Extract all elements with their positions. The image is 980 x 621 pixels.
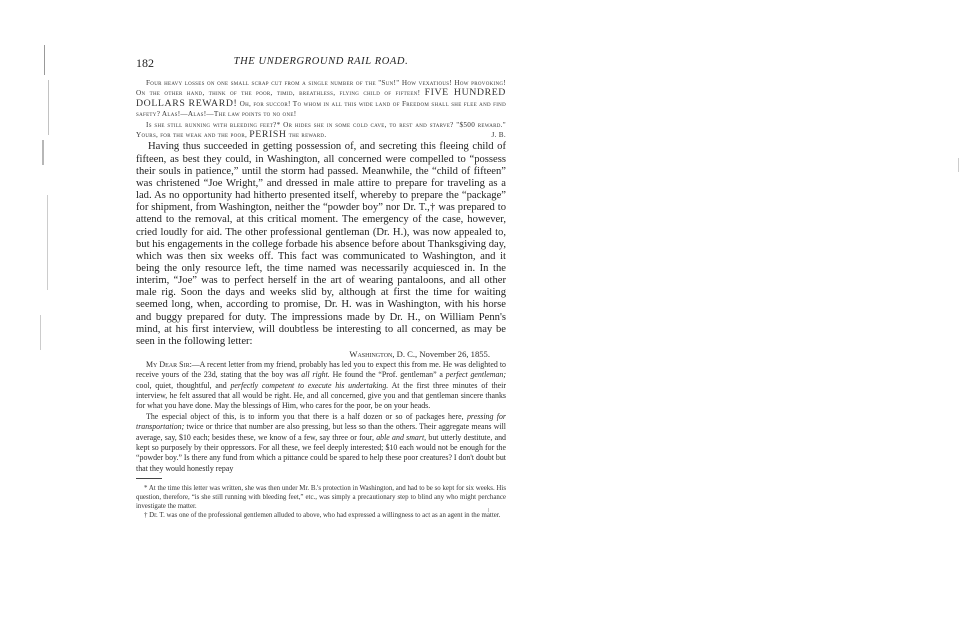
page-header: 182 THE UNDERGROUND RAIL ROAD. — [136, 56, 506, 72]
footnote: † Dr. T. was one of the professional gen… — [136, 511, 506, 520]
body-text: Having thus succeeded in getting possess… — [136, 141, 506, 348]
letter-dateline: Washington, D. C., November 26, 1855. — [136, 348, 506, 360]
footnote: * At the time this letter was written, s… — [136, 484, 506, 512]
reward-notice: Four heavy losses on one small scrap cut… — [136, 78, 506, 140]
footnote-rule — [136, 478, 162, 479]
body-paragraph: Having thus succeeded in getting possess… — [136, 141, 506, 348]
notice-paragraph: Is she still running with bleeding feet?… — [136, 120, 506, 141]
letter: Washington, D. C., November 26, 1855. My… — [136, 348, 506, 474]
footnotes: * At the time this letter was written, s… — [136, 484, 506, 521]
notice-paragraph: Four heavy losses on one small scrap cut… — [136, 78, 506, 120]
notice-signature: J. B. — [482, 130, 506, 140]
letter-salutation: My Dear Sir: — [146, 360, 192, 369]
letter-paragraph: My Dear Sir:—A recent letter from my fri… — [136, 360, 506, 412]
book-page: 182 THE UNDERGROUND RAIL ROAD. Four heav… — [136, 56, 506, 521]
running-head: THE UNDERGROUND RAIL ROAD. — [136, 56, 506, 67]
letter-paragraph: The especial object of this, is to infor… — [136, 412, 506, 474]
